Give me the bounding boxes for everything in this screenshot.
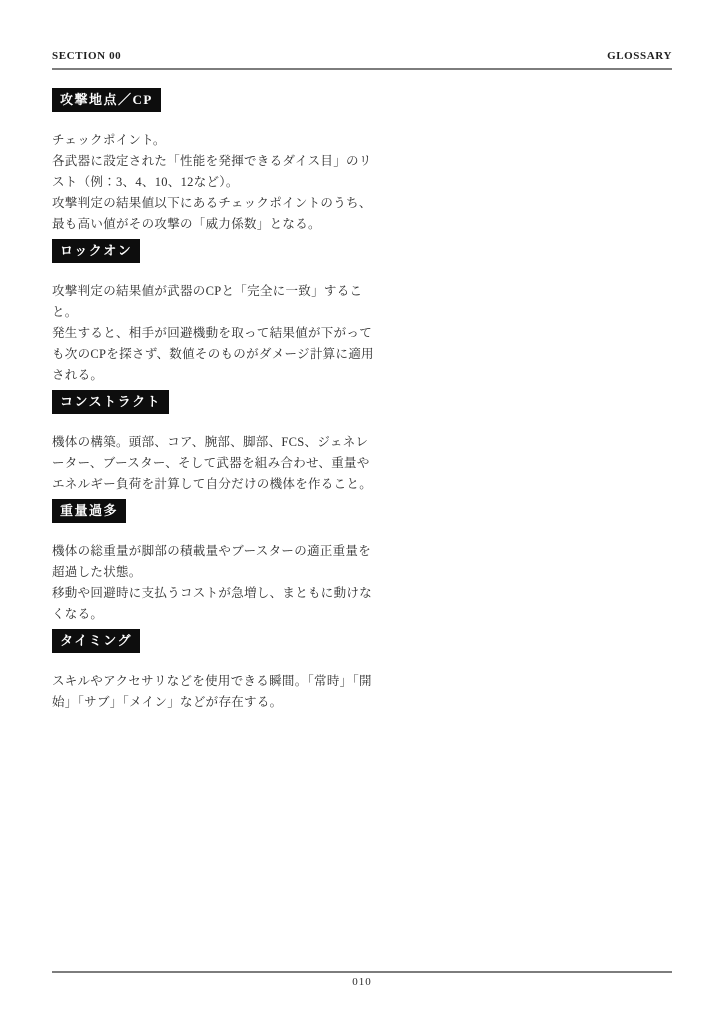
section-label: SECTION 00 <box>52 50 121 62</box>
page-number: 010 <box>0 976 724 988</box>
running-header: SECTION 00 GLOSSARY <box>52 50 672 62</box>
term-heading: タイミング <box>52 629 140 653</box>
glossary-label: GLOSSARY <box>607 50 672 62</box>
definition-line: 機体の構築。頭部、コア、腕部、脚部、FCS、ジェネレ <box>52 432 382 453</box>
definition-line: 攻撃判定の結果値が武器のCPと「完全に一致」するこ <box>52 281 382 302</box>
definition-line: ーター、ブースター、そして武器を組み合わせ、重量や <box>52 453 382 474</box>
definition-line: と。 <box>52 302 382 323</box>
term-heading: コンストラクト <box>52 390 169 414</box>
term-heading: ロックオン <box>52 239 140 263</box>
term-definition: 機体の構築。頭部、コア、腕部、脚部、FCS、ジェネレーター、ブースター、そして武… <box>52 432 382 495</box>
definition-line: も次のCPを探さず、数値そのものがダメージ計算に適用 <box>52 344 382 365</box>
document-page: SECTION 00 GLOSSARY 攻撃地点／CP チェックポイント。各武器… <box>0 0 724 1024</box>
heading-row: タイミング <box>52 629 382 653</box>
definition-line: 移動や回避時に支払うコストが急増し、まともに動けな <box>52 583 382 604</box>
term-heading: 攻撃地点／CP <box>52 88 161 112</box>
term-definition: チェックポイント。各武器に設定された「性能を発揮できるダイス目」のリスト（例：3… <box>52 130 382 235</box>
definition-line: 機体の総重量が脚部の積載量やブースターの適正重量を <box>52 541 382 562</box>
heading-row: コンストラクト <box>52 390 382 414</box>
glossary-entry: ロックオン 攻撃判定の結果値が武器のCPと「完全に一致」すること。発生すると、相… <box>52 239 382 386</box>
glossary-entry: 重量過多 機体の総重量が脚部の積載量やブースターの適正重量を超過した状態。移動や… <box>52 499 382 625</box>
glossary-column: 攻撃地点／CP チェックポイント。各武器に設定された「性能を発揮できるダイス目」… <box>52 88 382 713</box>
term-heading: 重量過多 <box>52 499 126 523</box>
glossary-entry: コンストラクト 機体の構築。頭部、コア、腕部、脚部、FCS、ジェネレーター、ブー… <box>52 390 382 495</box>
header-rule <box>52 68 672 70</box>
definition-line: される。 <box>52 365 382 386</box>
definition-line: 攻撃判定の結果値以下にあるチェックポイントのうち、 <box>52 193 382 214</box>
heading-row: 攻撃地点／CP <box>52 88 382 112</box>
term-definition: 機体の総重量が脚部の積載量やブースターの適正重量を超過した状態。移動や回避時に支… <box>52 541 382 625</box>
definition-line: スキルやアクセサリなどを使用できる瞬間。「常時」「開 <box>52 671 382 692</box>
term-definition: 攻撃判定の結果値が武器のCPと「完全に一致」すること。発生すると、相手が回避機動… <box>52 281 382 386</box>
definition-line: スト（例：3、4、10、12など）。 <box>52 172 382 193</box>
definition-line: 超過した状態。 <box>52 562 382 583</box>
glossary-entry: タイミング スキルやアクセサリなどを使用できる瞬間。「常時」「開始」「サブ」「メ… <box>52 629 382 713</box>
definition-line: くなる。 <box>52 604 382 625</box>
heading-row: 重量過多 <box>52 499 382 523</box>
glossary-entry: 攻撃地点／CP チェックポイント。各武器に設定された「性能を発揮できるダイス目」… <box>52 88 382 235</box>
definition-line: 最も高い値がその攻撃の「威力係数」となる。 <box>52 214 382 235</box>
definition-line: 始」「サブ」「メイン」などが存在する。 <box>52 692 382 713</box>
definition-line: 各武器に設定された「性能を発揮できるダイス目」のリ <box>52 151 382 172</box>
footer-rule <box>52 971 672 973</box>
term-definition: スキルやアクセサリなどを使用できる瞬間。「常時」「開始」「サブ」「メイン」などが… <box>52 671 382 713</box>
definition-line: チェックポイント。 <box>52 130 382 151</box>
heading-row: ロックオン <box>52 239 382 263</box>
definition-line: 発生すると、相手が回避機動を取って結果値が下がって <box>52 323 382 344</box>
definition-line: エネルギー負荷を計算して自分だけの機体を作ること。 <box>52 474 382 495</box>
